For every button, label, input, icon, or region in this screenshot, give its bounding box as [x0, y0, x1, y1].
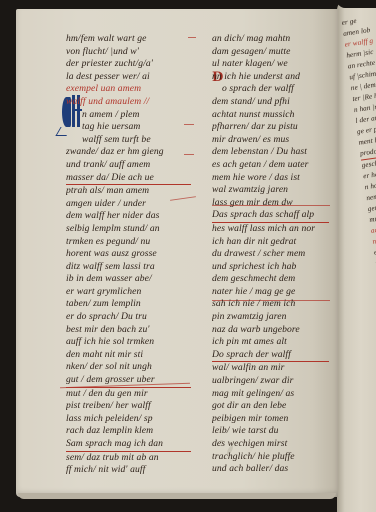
text-line: selbig lemplm stund/ an — [66, 223, 191, 236]
text-line: und ach baller/ das — [212, 463, 329, 476]
text-line: mem hie wore / das ist — [212, 172, 329, 185]
text-line: pist treiben/ her walff — [66, 400, 191, 413]
text-line: ul nater klagen/ we — [212, 58, 329, 71]
text-line: nken/ der sol nit ungh — [66, 361, 191, 374]
text-line: best mir den bach zu' — [66, 324, 191, 337]
text-line: du drawest / scher mem — [212, 248, 329, 261]
text-line: ualbringen/ zwar dir — [212, 375, 329, 388]
text-line: dem geschmecht dem — [212, 273, 329, 286]
text-line: den maht nit mir sti — [66, 349, 191, 362]
text-line: achtat nunst mussich — [212, 109, 329, 122]
left-text-column: hm/fem walt wart ge von flucht/ |und w' … — [66, 33, 191, 477]
text-line: dem lebenstan / Du hast — [212, 146, 329, 159]
text-line: ptrah als/ man amem — [66, 185, 191, 198]
text-line: Do sprach der walff — [212, 349, 329, 363]
text-line: sah ich nie / mem ich — [212, 298, 329, 311]
rubric-line: walff und amaulem // — [66, 96, 191, 109]
text-line: dam gesagen/ mutte — [212, 46, 329, 59]
text-line: dem walff her nider das — [66, 210, 191, 223]
text-line: hes walff lass mich an nor — [212, 223, 329, 236]
text-line: der priester zucht/g/a' — [66, 58, 191, 71]
text-line: es ach getan / dem uater — [212, 159, 329, 172]
rubric-line: exempel uan amem — [66, 83, 191, 96]
text-line: mag mit gelingen/ as — [212, 388, 329, 401]
text-line: o sprach der walff — [212, 83, 329, 96]
text-line: von flucht/ |und w' — [66, 46, 191, 59]
text-line: trachglich/ hie pluffe — [212, 451, 329, 464]
text-line: des wechigen mirst — [212, 438, 329, 451]
text-line: nater hie / mag ge ge — [212, 286, 329, 299]
text-line: nn ich hie underst and — [212, 71, 329, 84]
text-line: peibigen mir tomen — [212, 413, 329, 426]
text-line: horent was ausz grosse — [66, 248, 191, 261]
text-line: er do sprach/ Du tru — [66, 311, 191, 324]
text-line: ich pin mt ames alt — [212, 336, 329, 349]
text-line: wal zwamtzig jaren — [212, 184, 329, 197]
text-line: leib/ wie tarst du — [212, 425, 329, 438]
text-line: gut / dem grosser uber — [66, 374, 191, 388]
text-line: und sprichest ich hab — [212, 261, 329, 274]
text-line: hm/fem walt wart ge — [66, 33, 191, 46]
text-line: trmken es pegund/ nu — [66, 236, 191, 249]
text-line: mir drawen/ es mus — [212, 134, 329, 147]
text-line: und trank/ auff amem — [66, 159, 191, 172]
text-line: an dich/ mag mahtn — [212, 33, 329, 46]
text-line: masser da/ Die ach ue — [66, 172, 191, 186]
text-line: sem/ daz trub mit ab an — [66, 452, 191, 465]
text-line: lass gen mir dem dw — [212, 197, 329, 210]
text-line: zwande/ daz er hm gieng — [66, 146, 191, 159]
text-line: dem stand/ und pfhi — [212, 96, 329, 109]
text-line: auff ich hie sol trmken — [66, 336, 191, 349]
text-line: naz da warb ungebore — [212, 324, 329, 337]
page-edge — [18, 493, 336, 499]
facing-page-shadow — [337, 0, 376, 8]
text-line: pfharren/ dar zu pistu — [212, 121, 329, 134]
text-line: rach daz lemplin klem — [66, 425, 191, 438]
text-line: ib in dem wasser abe/ — [66, 273, 191, 286]
text-line: pin zwamtzig jaren — [212, 311, 329, 324]
text-line: lass mich peleiden/ sp — [66, 413, 191, 426]
text-line: taben/ zum lemplin — [66, 298, 191, 311]
text-line: er wart grymlichen — [66, 286, 191, 299]
text-line: n amem / plem — [66, 109, 191, 122]
text-line: la dest pesser wer/ ai — [66, 71, 191, 84]
text-line: ich han dir nit gedrat — [212, 236, 329, 249]
text-line: ditz walff sem lassi tra — [66, 261, 191, 274]
text-line: Sam sprach mag ich dan — [66, 438, 191, 452]
text-line: mut / den du gen mir — [66, 388, 191, 401]
text-line: wal/ walfin an mir — [212, 362, 329, 375]
text-line: walff sem turft be — [66, 134, 191, 147]
text-line: tag hie uersam — [66, 121, 191, 134]
text-line: amgen uider / under — [66, 198, 191, 211]
text-line: ff mich/ nit wid' auff — [66, 464, 191, 477]
text-line: Das sprach das schaff alp — [212, 209, 329, 223]
right-text-column: an dich/ mag mahtn dam gesagen/ mutte ul… — [212, 33, 329, 476]
text-line: got dir an den lebe — [212, 400, 329, 413]
